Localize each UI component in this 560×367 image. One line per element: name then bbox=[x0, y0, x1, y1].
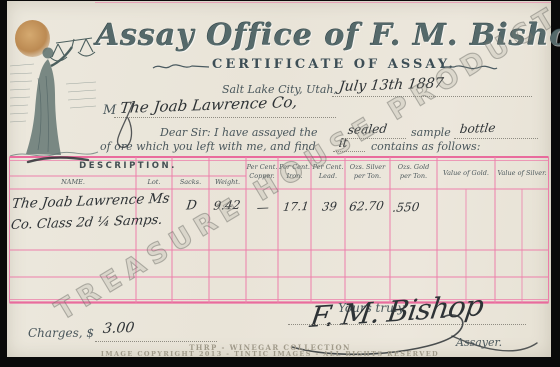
charges-line bbox=[95, 341, 217, 342]
signature-line bbox=[288, 324, 526, 325]
description-header: DESCRIPTION. bbox=[10, 161, 246, 171]
letter-line1-hand-b: bottle bbox=[459, 121, 496, 136]
letter-line2-printed-b: contains as follows: bbox=[371, 140, 480, 153]
charges-label: Charges, $ bbox=[28, 326, 94, 340]
justice-figure bbox=[26, 47, 72, 155]
blank-line-2 bbox=[454, 138, 538, 139]
scanned-assay-certificate: Assay Office of F. M. Bishop. CERTIFICAT… bbox=[0, 0, 560, 367]
charges-value: 3.00 bbox=[102, 320, 135, 337]
col-header-name: NAME. bbox=[10, 178, 136, 187]
certificate-heading: CERTIFICATE OF ASSAY. bbox=[212, 57, 442, 72]
scales-of-justice bbox=[50, 38, 95, 61]
col-header-lot: Lot. bbox=[136, 178, 172, 187]
col-header-gold: Ozs. Goldper Ton. bbox=[390, 163, 437, 180]
cell-per-cent-iron: 17.1 bbox=[279, 199, 313, 214]
letter-line1-printed-a: Dear Sir: I have assayed the bbox=[160, 126, 318, 139]
lady-justice-vignette bbox=[8, 18, 100, 160]
letter-line1-printed-b: sample bbox=[411, 126, 451, 139]
top-rule bbox=[95, 2, 551, 3]
letter-line2-printed-a: of ore which you left with me, and find bbox=[100, 140, 316, 153]
addressee-prefix: M bbox=[103, 103, 116, 118]
col-header-sacks: Sacks. bbox=[172, 178, 209, 187]
col-header-value-of-silver: Value of Silver. bbox=[495, 169, 549, 178]
collection-credit-line2: IMAGE COPYRIGHT 2013 - TINTIC IMAGES - A… bbox=[28, 350, 512, 358]
col-header-silver: Ozs. Silverper Ton. bbox=[345, 163, 390, 180]
flourish-left-icon bbox=[152, 62, 210, 72]
addressee-line bbox=[114, 117, 336, 118]
col-header-value-of-gold: Value of Gold. bbox=[437, 169, 495, 178]
cell-ozs-gold: .550 bbox=[384, 200, 428, 215]
